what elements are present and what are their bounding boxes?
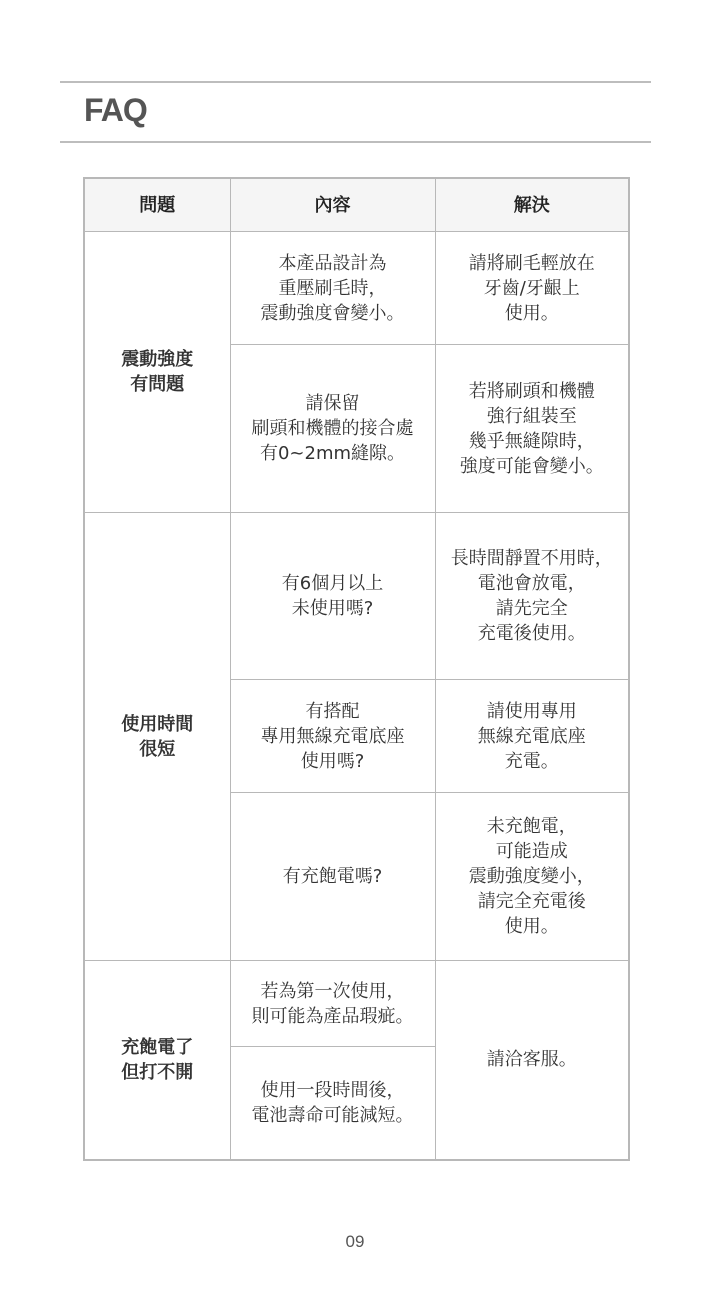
- header-solution: 解決: [435, 178, 629, 232]
- table-row: 震動強度 有問題 本產品設計為 重壓刷毛時， 震動強度會變小。 請將刷毛輕放在 …: [84, 232, 629, 345]
- problem-cell: 使用時間 很短: [84, 513, 230, 961]
- page-number: 09: [0, 1232, 710, 1252]
- solution-cell: 若將刷頭和機體 強行組裝至 幾乎無縫隙時， 強度可能會變小。: [435, 345, 629, 513]
- page-title: FAQ: [84, 92, 147, 129]
- content-cell: 有充飽電嗎?: [230, 793, 435, 961]
- faq-table: 問題 內容 解決 震動強度 有問題 本產品設計為 重壓刷毛時， 震動強度會變小。…: [83, 177, 630, 1161]
- solution-cell: 未充飽電， 可能造成 震動強度變小， 請完全充電後 使用。: [435, 793, 629, 961]
- top-divider: [60, 81, 651, 83]
- solution-cell: 請洽客服。: [435, 961, 629, 1160]
- solution-cell: 請將刷毛輕放在 牙齒/牙齦上 使用。: [435, 232, 629, 345]
- title-divider: [60, 141, 651, 143]
- header-problem: 問題: [84, 178, 230, 232]
- header-row: 問題 內容 解決: [84, 178, 629, 232]
- content-cell: 本產品設計為 重壓刷毛時， 震動強度會變小。: [230, 232, 435, 345]
- content-cell: 若為第一次使用， 則可能為產品瑕疵。: [230, 961, 435, 1047]
- header-content: 內容: [230, 178, 435, 232]
- content-cell: 使用一段時間後， 電池壽命可能減短。: [230, 1047, 435, 1160]
- problem-cell: 震動強度 有問題: [84, 232, 230, 513]
- solution-cell: 長時間靜置不用時， 電池會放電， 請先完全 充電後使用。: [435, 513, 629, 680]
- content-cell: 有搭配 專用無線充電底座 使用嗎?: [230, 680, 435, 793]
- content-cell: 請保留 刷頭和機體的接合處 有0~2mm縫隙。: [230, 345, 435, 513]
- table-row: 充飽電了 但打不開 若為第一次使用， 則可能為產品瑕疵。 請洽客服。: [84, 961, 629, 1047]
- content-cell: 有6個月以上 未使用嗎?: [230, 513, 435, 680]
- solution-cell: 請使用專用 無線充電底座 充電。: [435, 680, 629, 793]
- problem-cell: 充飽電了 但打不開: [84, 961, 230, 1160]
- table-row: 使用時間 很短 有6個月以上 未使用嗎? 長時間靜置不用時， 電池會放電， 請先…: [84, 513, 629, 680]
